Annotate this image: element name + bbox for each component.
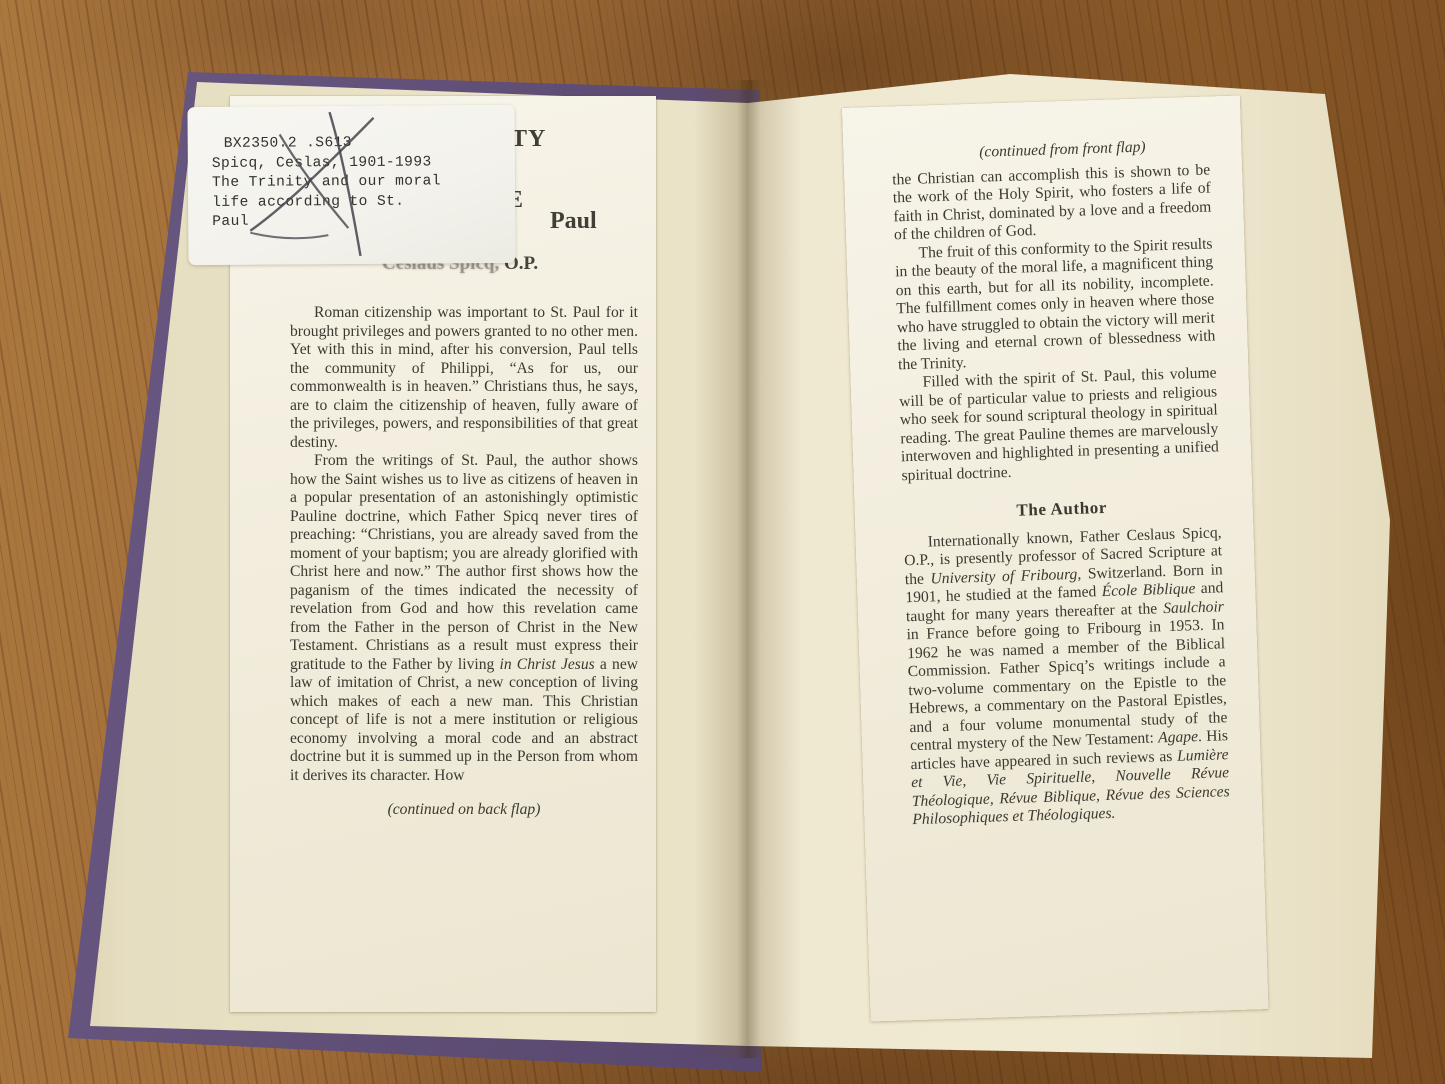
back-flap-pasted: (continued from front flap) the Christia… bbox=[842, 95, 1269, 1021]
title-fragment: Paul bbox=[550, 208, 597, 235]
back-flap-text: (continued from front flap) the Christia… bbox=[842, 95, 1263, 831]
flap-paragraph: From the writings of St. Paul, the autho… bbox=[290, 452, 638, 785]
flap-paragraph: the Christian can accomplish this is sho… bbox=[892, 161, 1212, 245]
pen-crossout-x-mark bbox=[187, 105, 515, 265]
front-flap-text: Roman citizenship was important to St. P… bbox=[230, 304, 656, 820]
continued-on-back-flap-note: (continued on back flap) bbox=[290, 801, 638, 820]
flap-paragraph: The fruit of this conformity to the Spir… bbox=[894, 235, 1216, 374]
flap-paragraph: Roman citizenship was important to St. P… bbox=[290, 304, 638, 452]
flap-paragraph: Filled with the spirit of St. Paul, this… bbox=[898, 364, 1219, 485]
author-paragraph: Internationally known, Father Ceslaus Sp… bbox=[903, 524, 1230, 830]
continued-from-front-flap-note: (continued from front flap) bbox=[891, 136, 1209, 164]
library-label-sticker: BX2350.2 .S613 Spicq, Ceslas, 1901-1993 … bbox=[187, 105, 515, 265]
the-author-heading: The Author bbox=[903, 495, 1221, 523]
title-fragment: TY bbox=[511, 126, 546, 153]
